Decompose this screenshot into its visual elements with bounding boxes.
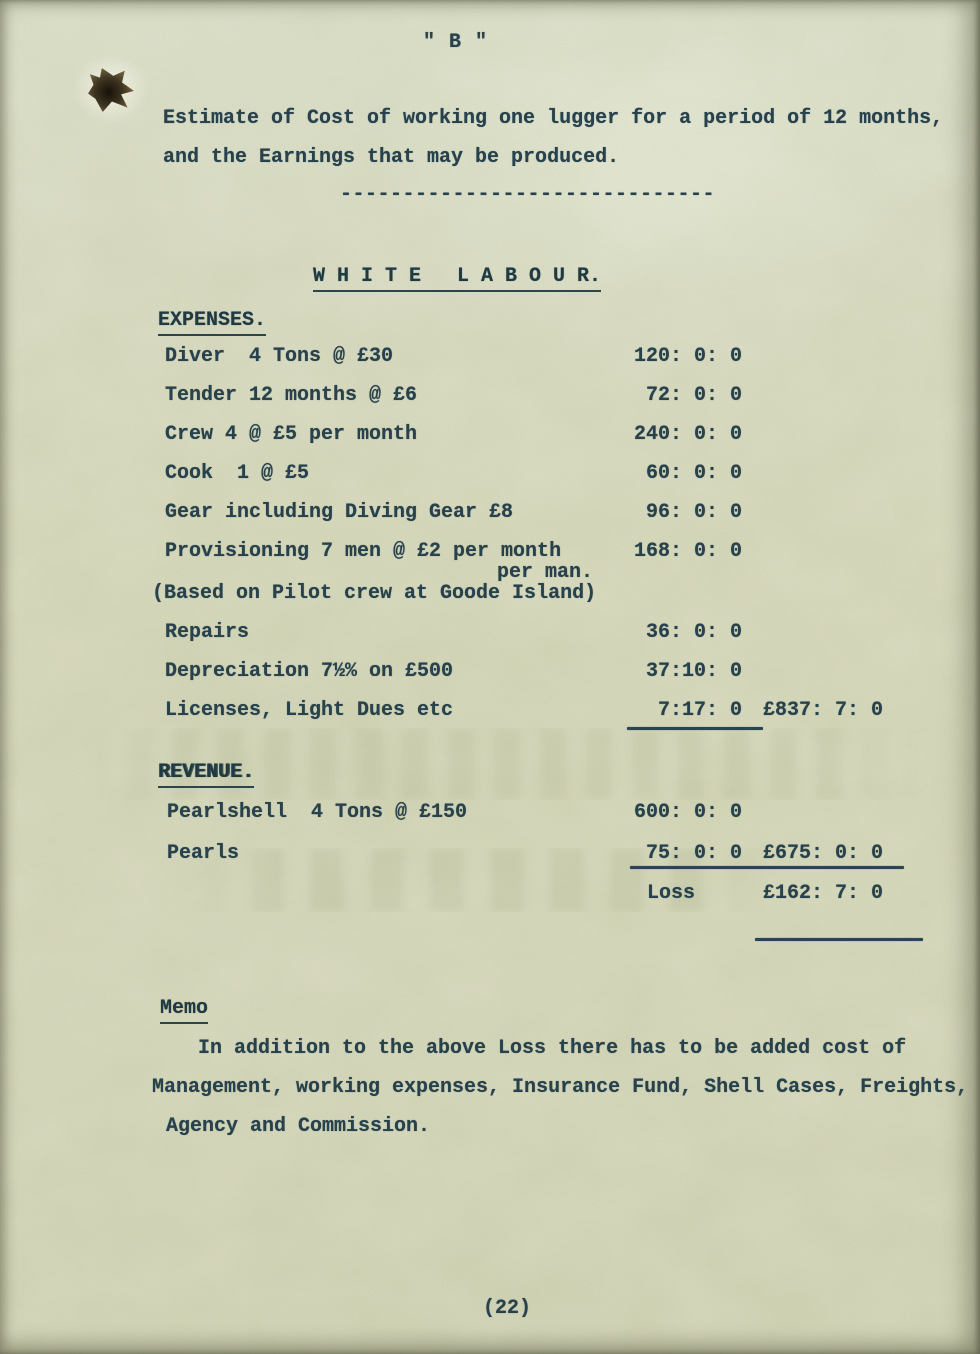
expense-amount: 240: 0: 0 <box>634 422 742 448</box>
expense-amount: 37:10: 0 <box>646 659 742 685</box>
revenue-item: Pearlshell 4 Tons @ £150 <box>167 800 467 826</box>
expenses-label: EXPENSES. <box>158 308 266 334</box>
revenue-total-rule <box>630 866 904 869</box>
expense-item: Gear including Diving Gear £8 <box>165 500 513 526</box>
revenue-label: REVENUE. <box>158 760 254 786</box>
expense-amount: 72: 0: 0 <box>646 383 742 409</box>
page-number: (22) <box>483 1296 531 1322</box>
memo-line-3: Agency and Commission. <box>166 1114 430 1140</box>
page-tag: " B " <box>423 30 488 56</box>
loss-amount: £162: 7: 0 <box>763 881 883 907</box>
intro-line-1: Estimate of Cost of working one lugger f… <box>163 106 943 132</box>
expenses-subtotal-rule <box>627 727 763 730</box>
expense-item: Depreciation 7½% on £500 <box>165 659 453 685</box>
loss-label: Loss <box>647 881 695 907</box>
expense-amount: 36: 0: 0 <box>646 620 742 646</box>
memo-line-2: Management, working expenses, Insurance … <box>152 1075 968 1101</box>
revenue-item: Pearls <box>167 841 239 867</box>
expense-amount: 60: 0: 0 <box>646 461 742 487</box>
expense-item: Licenses, Light Dues etc <box>165 698 453 724</box>
basis-note: (Based on Pilot crew at Goode Island) <box>152 581 596 607</box>
document-page: " B " Estimate of Cost of working one lu… <box>0 0 980 1354</box>
expense-amount: 7:17: 0 <box>658 698 742 724</box>
memo-label: Memo <box>160 996 208 1022</box>
expense-item: Cook 1 @ £5 <box>165 461 309 487</box>
expense-amount: 120: 0: 0 <box>634 344 742 370</box>
punch-hole <box>88 68 134 112</box>
expense-amount: 96: 0: 0 <box>646 500 742 526</box>
expense-item: Repairs <box>165 620 249 646</box>
revenue-total: £675: 0: 0 <box>763 841 883 867</box>
expenses-total: £837: 7: 0 <box>763 698 883 724</box>
expense-item: Diver 4 Tons @ £30 <box>165 344 393 370</box>
expense-item: Crew 4 @ £5 per month <box>165 422 417 448</box>
closing-rule <box>755 938 923 941</box>
intro-line-2: and the Earnings that may be produced. <box>163 145 619 171</box>
expense-item: Tender 12 months @ £6 <box>165 383 417 409</box>
dashed-separator: ------------------------------ <box>340 182 715 208</box>
expense-amount: 168: 0: 0 <box>634 539 742 565</box>
section-heading-text: W H I T E L A B O U R. <box>313 265 601 292</box>
hole-highlight <box>72 54 150 124</box>
section-heading: W H I T E L A B O U R. <box>313 264 601 290</box>
revenue-amount: 75: 0: 0 <box>646 841 742 867</box>
revenue-amount: 600: 0: 0 <box>634 800 742 826</box>
memo-line-1: In addition to the above Loss there has … <box>198 1036 906 1062</box>
